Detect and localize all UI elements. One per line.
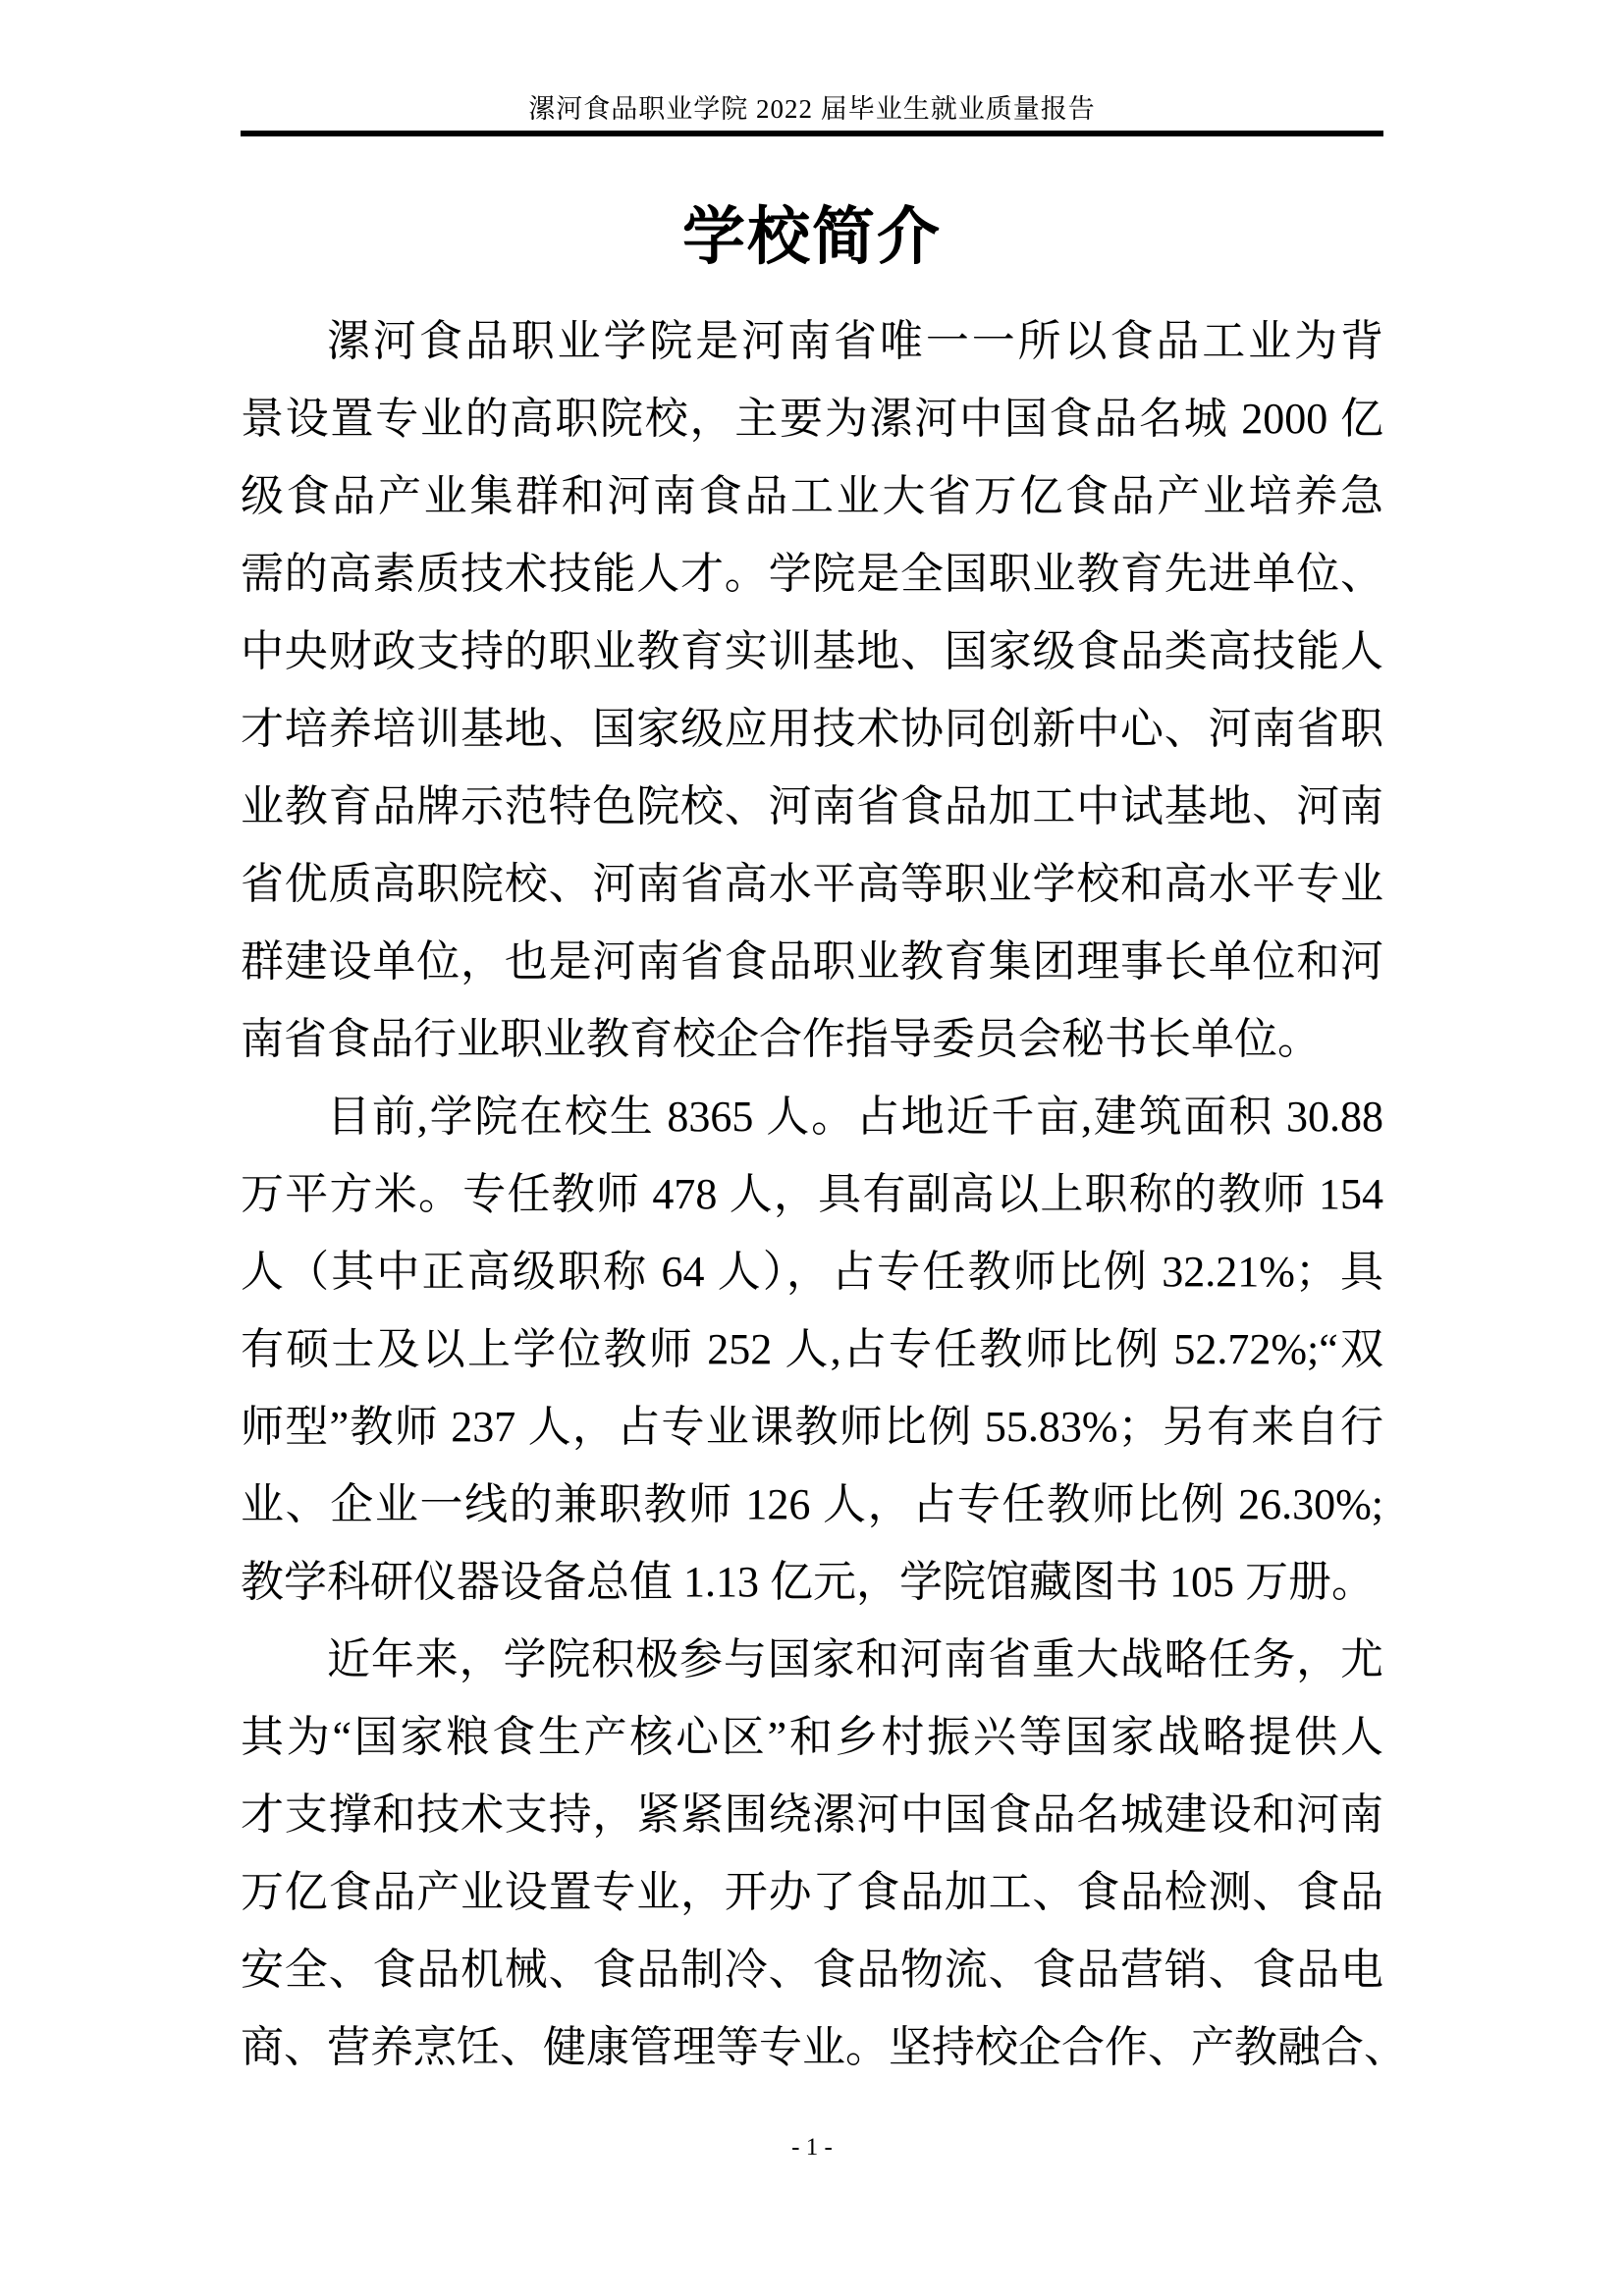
body-line: 需的高素质技术技能人才。学院是全国职业教育先进单位、 [241, 535, 1383, 613]
body-line: 人（其中正高级职称 64 人），占专任教师比例 32.21%；具 [241, 1233, 1383, 1310]
body-line: 业、企业一线的兼职教师 126 人，占专任教师比例 26.30%; [241, 1466, 1383, 1543]
body-line: 中央财政支持的职业教育实训基地、国家级食品类高技能人 [241, 613, 1383, 690]
body-line: 其为“国家粮食生产核心区”和乡村振兴等国家战略提供人 [241, 1698, 1383, 1776]
body-line: 省优质高职院校、河南省高水平高等职业学校和高水平专业 [241, 845, 1383, 923]
body-line: 近年来，学院积极参与国家和河南省重大战略任务，尤 [241, 1621, 1383, 1698]
body-line: 级食品产业集群和河南食品工业大省万亿食品产业培养急 [241, 457, 1383, 535]
body-text: 漯河食品职业学院是河南省唯一一所以食品工业为背 景设置专业的高职院校，主要为漯河… [241, 302, 1383, 2086]
page-number: - 1 - [0, 2128, 1624, 2167]
body-line: 景设置专业的高职院校，主要为漯河中国食品名城 2000 亿 [241, 380, 1383, 457]
body-line: 才支撑和技术支持，紧紧围绕漯河中国食品名城建设和河南 [241, 1776, 1383, 1853]
body-line: 目前,学院在校生 8365 人。占地近千亩,建筑面积 30.88 [241, 1078, 1383, 1155]
body-line: 群建设单位，也是河南省食品职业教育集团理事长单位和河 [241, 923, 1383, 1000]
body-line: 业教育品牌示范特色院校、河南省食品加工中试基地、河南 [241, 768, 1383, 845]
body-line: 南省食品行业职业教育校企合作指导委员会秘书长单位。 [241, 1000, 1383, 1078]
body-line: 师型”教师 237 人，占专业课教师比例 55.83%；另有来自行 [241, 1388, 1383, 1466]
page-header: 漯河食品职业学院 2022 届毕业生就业质量报告 [241, 92, 1383, 136]
body-line: 商、营养烹饪、健康管理等专业。坚持校企合作、产教融合、 [241, 2008, 1383, 2086]
page-title: 学校简介 [0, 192, 1624, 283]
body-line: 万亿食品产业设置专业，开办了食品加工、食品检测、食品 [241, 1853, 1383, 1931]
body-line: 有硕士及以上学位教师 252 人,占专任教师比例 52.72%;“双 [241, 1310, 1383, 1388]
body-line: 漯河食品职业学院是河南省唯一一所以食品工业为背 [241, 302, 1383, 380]
body-line: 教学科研仪器设备总值 1.13 亿元，学院馆藏图书 105 万册。 [241, 1543, 1383, 1621]
report-page: 漯河食品职业学院 2022 届毕业生就业质量报告 学校简介 漯河食品职业学院是河… [0, 0, 1624, 2296]
body-line: 安全、食品机械、食品制冷、食品物流、食品营销、食品电 [241, 1931, 1383, 2008]
body-line: 万平方米。专任教师 478 人，具有副高以上职称的教师 154 [241, 1155, 1383, 1233]
body-line: 才培养培训基地、国家级应用技术协同创新中心、河南省职 [241, 690, 1383, 768]
